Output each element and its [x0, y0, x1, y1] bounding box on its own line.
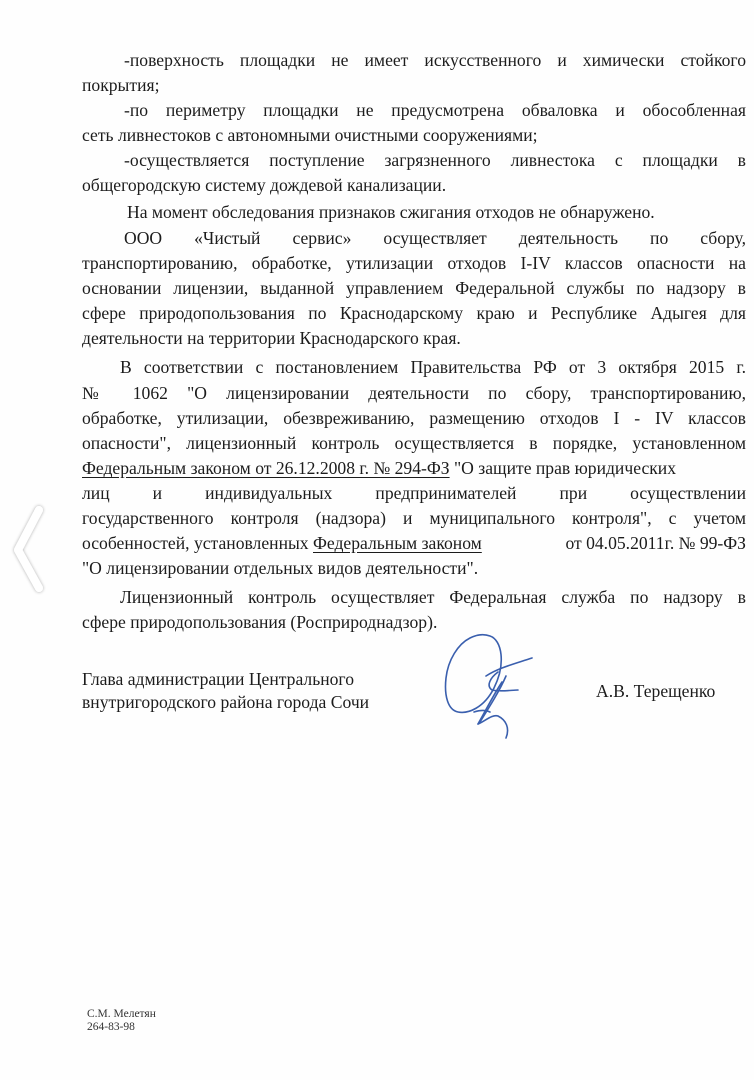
text-line: сфере природопользования по Краснодарско…: [82, 302, 746, 324]
text-line: деятельности на территории Краснодарског…: [82, 327, 461, 349]
text-line: В соответствии с постановлением Правител…: [120, 356, 746, 378]
chevron-left-icon: [6, 498, 46, 598]
text-line: Федеральным законом от 26.12.2008 г. № 2…: [82, 457, 676, 479]
handwritten-signature: [428, 630, 540, 740]
text-line: На момент обследования признаков сжигани…: [127, 201, 655, 223]
document-page: -поверхность площадки не имеет искусстве…: [0, 0, 754, 1080]
text-line: обработке, утилизации, обезвреживанию, р…: [82, 407, 746, 429]
text-line: покрытия;: [82, 74, 159, 96]
text-fragment: "О защите прав юридических: [450, 458, 676, 478]
text-line: -по периметру площадки не предусмотрена …: [124, 99, 746, 121]
signatory-name: А.В. Терещенко: [596, 680, 715, 702]
text-line: -поверхность площадки не имеет искусстве…: [124, 49, 746, 71]
text-line: сеть ливнестоков с автономными очистными…: [82, 124, 538, 146]
text-line: -осуществляется поступление загрязненног…: [124, 149, 746, 171]
text-line: № 1062 "О лицензировании деятельности по…: [82, 382, 746, 404]
position-line: Глава администрации Центрального: [82, 668, 369, 691]
position-line: внутригородского района города Сочи: [82, 691, 369, 714]
text-fragment: особенностей, установленных Федеральным …: [82, 532, 482, 554]
previous-page-button[interactable]: [6, 498, 46, 598]
text-fragment: от 04.05.2011г. № 99-ФЗ: [565, 532, 746, 554]
text-line: транспортированию, обработке, утилизации…: [82, 252, 746, 274]
text-line: особенностей, установленных Федеральным …: [82, 532, 746, 554]
signatory-position: Глава администрации Центрального внутриг…: [82, 668, 369, 714]
law-link-99fz[interactable]: Федеральным законом: [313, 533, 482, 553]
text-line: основании лицензии, выданной управлением…: [82, 277, 746, 299]
text-line: Лицензионный контроль осуществляет Федер…: [120, 586, 746, 608]
text-line: ООО «Чистый сервис» осуществляет деятель…: [124, 227, 746, 249]
law-link-294fz[interactable]: Федеральным законом от 26.12.2008 г. № 2…: [82, 458, 450, 478]
text-line: сфере природопользования (Росприроднадзо…: [82, 611, 437, 633]
text-line: "О лицензировании отдельных видов деятел…: [82, 557, 478, 579]
executor-phone: 264-83-98: [87, 1021, 135, 1034]
text-line: лиц и индивидуальных предпринимателей пр…: [82, 482, 746, 504]
text-line: общегородскую систему дождевой канализац…: [82, 174, 446, 196]
executor-name: С.М. Мелетян: [87, 1008, 156, 1021]
text-line: опасности", лицензионный контроль осущес…: [82, 432, 746, 454]
text-line: государственного контроля (надзора) и му…: [82, 507, 746, 529]
